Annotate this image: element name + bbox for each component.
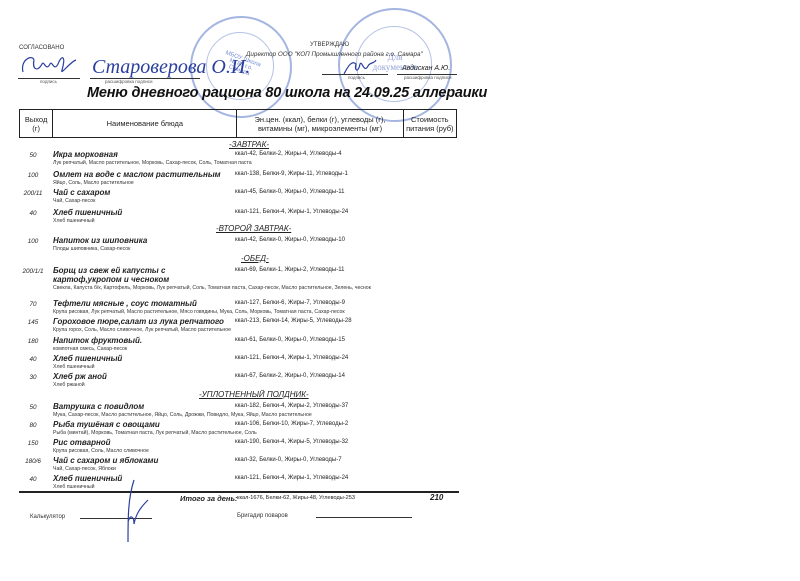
item-nutrition: ккал-121, Белки-4, Жиры-1, Углеводы-24 (235, 475, 348, 481)
item-ingredients: Хлеб пшеничный (53, 484, 95, 490)
item-name: Гороховое пюре,салат из лука репчатого (53, 317, 224, 326)
item-ingredients: Крупа горох, Соль, Масло сливочное, Лук … (53, 327, 231, 333)
item-ingredients: Свекла, Капуста б/к, Картофель, Морковь,… (53, 285, 453, 292)
item-output: 180 (19, 338, 47, 345)
item-ingredients: Хлеб пшеничный (53, 218, 95, 224)
item-name: Рыба тушёная с овощами (53, 420, 160, 429)
item-ingredients: Мука, Сахар-песок, Масло растительное, Я… (53, 412, 312, 418)
item-output: 40 (19, 356, 47, 363)
item-output: 145 (19, 319, 47, 326)
item-name: Борщ из свеж ей капусты с картоф,укропом… (53, 266, 233, 284)
item-output: 100 (19, 238, 47, 245)
item-name: Напиток фруктовый. (53, 336, 142, 345)
menu-table-header: Выход (г) Наименование блюда Эн.цен. (кк… (19, 109, 457, 138)
item-nutrition: ккал-182, Белки-4, Жиры-2, Углеводы-37 (235, 403, 348, 409)
item-name: Хлеб рж аной (53, 372, 107, 381)
item-ingredients: Крупа рисовая, Лук репчатый, Масло расти… (53, 309, 345, 315)
section-title: -ЗАВТРАК- (229, 140, 269, 149)
item-nutrition: ккал-32, Белки-0, Жиры-0, Углеводы-7 (235, 457, 342, 463)
item-output: 180/6 (19, 458, 47, 465)
item-ingredients: Чай, Сахар-песок (53, 198, 95, 204)
item-nutrition: ккал-67, Белки-2, Жиры-0, Углеводы-14 (235, 373, 345, 379)
item-name: Тефтели мясные , соус томатный (53, 299, 197, 308)
col-nutrition: Эн.цен. (ккал), белки (г), углеводы (г),… (237, 110, 403, 138)
handwritten-name: Староверова О.И. (92, 56, 250, 79)
item-nutrition: ккал-190, Белки-4, Жиры-5, Углеводы-32 (235, 439, 348, 445)
item-ingredients: Крупа рисовая, Соль, Масло сливочное (53, 448, 149, 454)
item-ingredients: компотная смесь, Сахар-песок (53, 346, 127, 352)
item-output: 50 (19, 152, 47, 159)
section-title: -ОБЕД- (241, 254, 269, 263)
item-name: Чай с сахаром и яблоками (53, 456, 158, 465)
director-position: Директор ООО "КОП Промышленного района г… (246, 51, 423, 58)
item-nutrition: ккал-127, Белки-6, Жиры-7, Углеводы-9 (235, 300, 345, 306)
item-ingredients: Хлеб ржаной (53, 382, 85, 388)
item-nutrition: ккал-138, Белки-9, Жиры-11, Углеводы-1 (235, 171, 348, 177)
col-cost: Стоимость питания (руб) (403, 110, 456, 138)
item-ingredients: Чай, Сахар-песок, Яблоки (53, 466, 116, 472)
item-output: 200/11 (19, 190, 47, 197)
col-output: Выход (г) (20, 110, 53, 138)
calculator-label: Калькулятор (30, 514, 65, 520)
col-dish-name: Наименование блюда (53, 110, 237, 138)
item-nutrition: ккал-42, Белки-0, Жиры-0, Углеводы-10 (235, 237, 345, 243)
item-name: Ватрушка с повидлом (53, 402, 144, 411)
totals-cost: 210 (430, 493, 443, 502)
signature-calculator (118, 478, 152, 544)
item-name: Хлеб пшеничный (53, 354, 122, 363)
item-output: 150 (19, 440, 47, 447)
item-name: Напиток из шиповника (53, 236, 147, 245)
item-name: Рис отварной (53, 438, 111, 447)
section-title: -УПЛОТНЕННЫЙ ПОЛДНИК- (199, 390, 309, 399)
item-nutrition: ккал-106, Белки-10, Жиры-7, Углеводы-2 (235, 421, 348, 427)
item-nutrition: ккал-121, Белки-4, Жиры-1, Углеводы-24 (235, 209, 348, 215)
item-output: 40 (19, 476, 47, 483)
approver-name: Авдискан А.Ю. (402, 65, 450, 72)
totals-nutrition: ккал-1676, Белки-62, Жиры-48, Углеводы-2… (237, 495, 355, 501)
item-ingredients: Рыба (минтай), Морковь, Томатная паста, … (53, 430, 257, 436)
item-output: 70 (19, 301, 47, 308)
approved-right-label: УТВЕРЖДАЮ (310, 42, 349, 48)
item-ingredients: Яйцо, Соль, Масло растительное (53, 180, 134, 186)
item-ingredients: Лук репчатый, Масло растительное, Морков… (53, 160, 252, 166)
totals-label: Итого за день: (180, 494, 237, 503)
item-ingredients: Плоды шиповника, Сахар-песок (53, 246, 130, 252)
page-title: Меню дневного рациона 80 школа на 24.09.… (87, 85, 487, 101)
item-name: Хлеб пшеничный (53, 208, 122, 217)
item-ingredients: Хлеб пшеничный (53, 364, 95, 370)
item-nutrition: ккал-121, Белки-4, Жиры-1, Углеводы-24 (235, 355, 348, 361)
item-name: Чай с сахаром (53, 188, 110, 197)
item-output: 80 (19, 422, 47, 429)
item-output: 200/1/1 (19, 268, 47, 275)
item-output: 50 (19, 404, 47, 411)
item-nutrition: ккал-69, Белки-1, Жиры-2, Углеводы-11 (235, 267, 344, 273)
item-output: 40 (19, 210, 47, 217)
chef-label: Бригадир поваров (237, 513, 288, 519)
item-output: 100 (19, 172, 47, 179)
totals-divider (19, 491, 459, 493)
item-nutrition: ккал-61, Белки-0, Жиры-0, Углеводы-15 (235, 337, 345, 343)
item-output: 30 (19, 374, 47, 381)
signature-left (18, 50, 80, 80)
item-name: Омлет на воде с маслом растительным (53, 170, 221, 179)
section-title: -ВТОРОЙ ЗАВТРАК- (216, 224, 291, 233)
item-name: Икра морковная (53, 150, 118, 159)
item-nutrition: ккал-45, Белки-0, Жиры-0, Углеводы-11 (235, 189, 344, 195)
item-nutrition: ккал-213, Белки-14, Жиры-5, Углеводы-28 (235, 318, 352, 324)
item-nutrition: ккал-42, Белки-2, Жиры-4, Углеводы-4 (235, 151, 342, 157)
item-name: Хлеб пшеничный (53, 474, 122, 483)
